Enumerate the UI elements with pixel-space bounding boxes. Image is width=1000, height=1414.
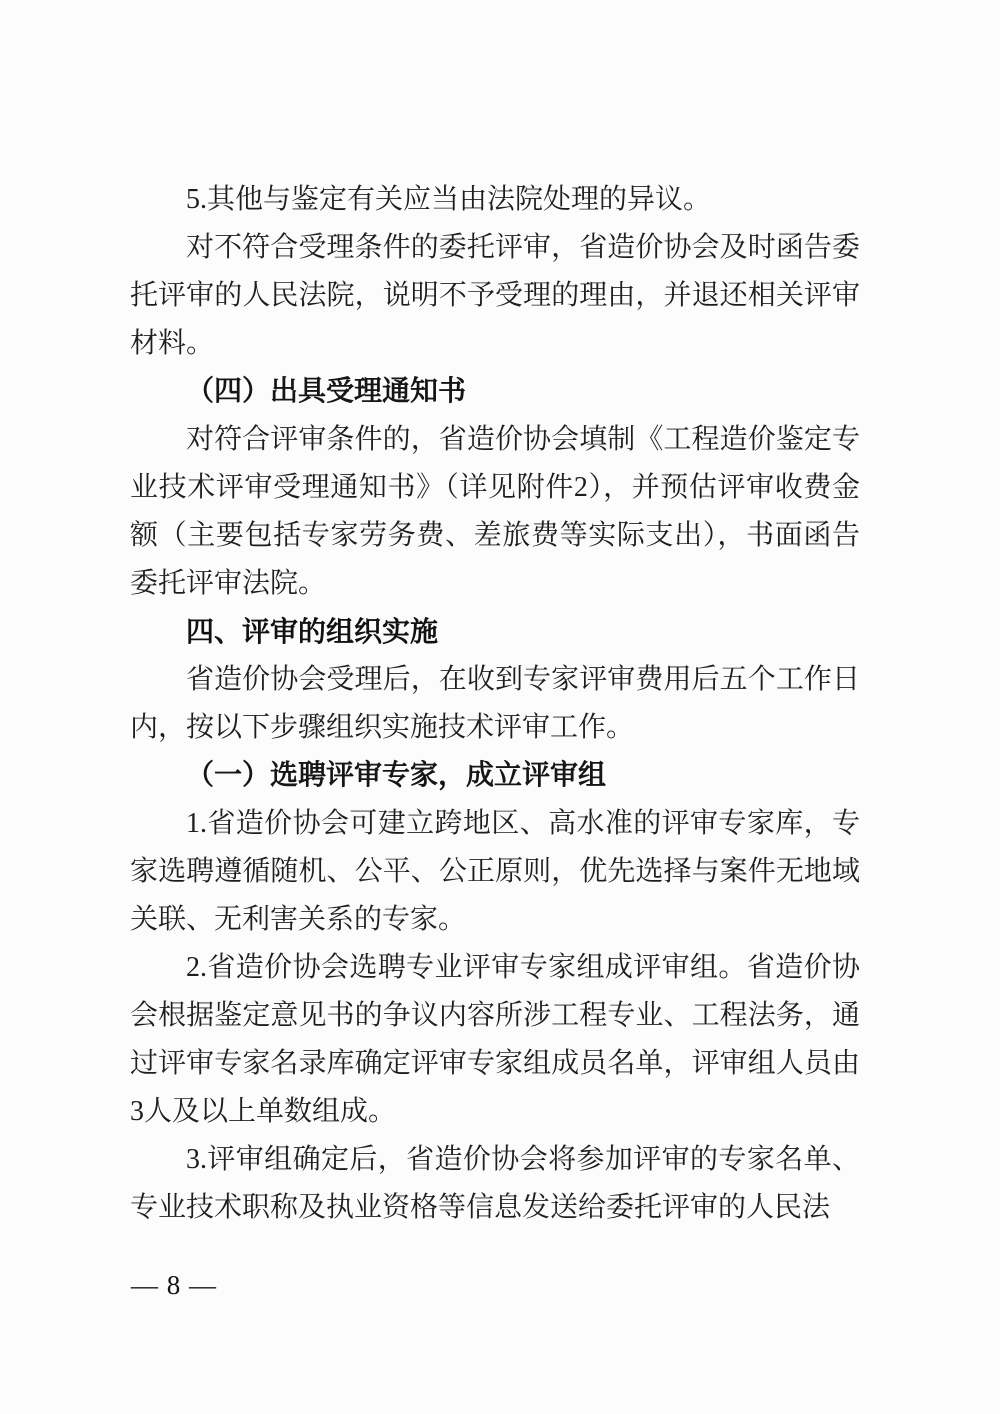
- paragraph-item-3-expert-info-to-court: 3.评审组确定后，省造价协会将参加评审的专家名单、专业技术职称及执业资格等信息发…: [130, 1136, 860, 1232]
- heading-select-experts-form-review-group: （一）选聘评审专家，成立评审组: [130, 752, 860, 800]
- paragraph-item-5-other-objections: 5.其他与鉴定有关应当由法院处理的异议。: [130, 176, 860, 224]
- heading-review-organization-implementation: 四、评审的组织实施: [130, 608, 860, 656]
- paragraph-five-working-days: 省造价协会受理后，在收到专家评审费用后五个工作日内，按以下步骤组织实施技术评审工…: [130, 656, 860, 752]
- document-body: 5.其他与鉴定有关应当由法院处理的异议。 对不符合受理条件的委托评审，省造价协会…: [130, 176, 860, 1232]
- paragraph-rejection-handling: 对不符合受理条件的委托评审，省造价协会及时函告委托评审的人民法院，说明不予受理的…: [130, 224, 860, 368]
- paragraph-item-1-expert-pool: 1.省造价协会可建立跨地区、高水准的评审专家库，专家选聘遵循随机、公平、公正原则…: [130, 800, 860, 944]
- paragraph-acceptance-notice-and-fees: 对符合评审条件的，省造价协会填制《工程造价鉴定专业技术评审受理通知书》（详见附件…: [130, 416, 860, 608]
- heading-issue-acceptance-notice: （四）出具受理通知书: [130, 368, 860, 416]
- page-number: — 8 —: [131, 1272, 217, 1299]
- paragraph-item-2-review-group-composition: 2.省造价协会选聘专业评审专家组成评审组。省造价协会根据鉴定意见书的争议内容所涉…: [130, 944, 860, 1136]
- document-page: 5.其他与鉴定有关应当由法院处理的异议。 对不符合受理条件的委托评审，省造价协会…: [0, 0, 1000, 1414]
